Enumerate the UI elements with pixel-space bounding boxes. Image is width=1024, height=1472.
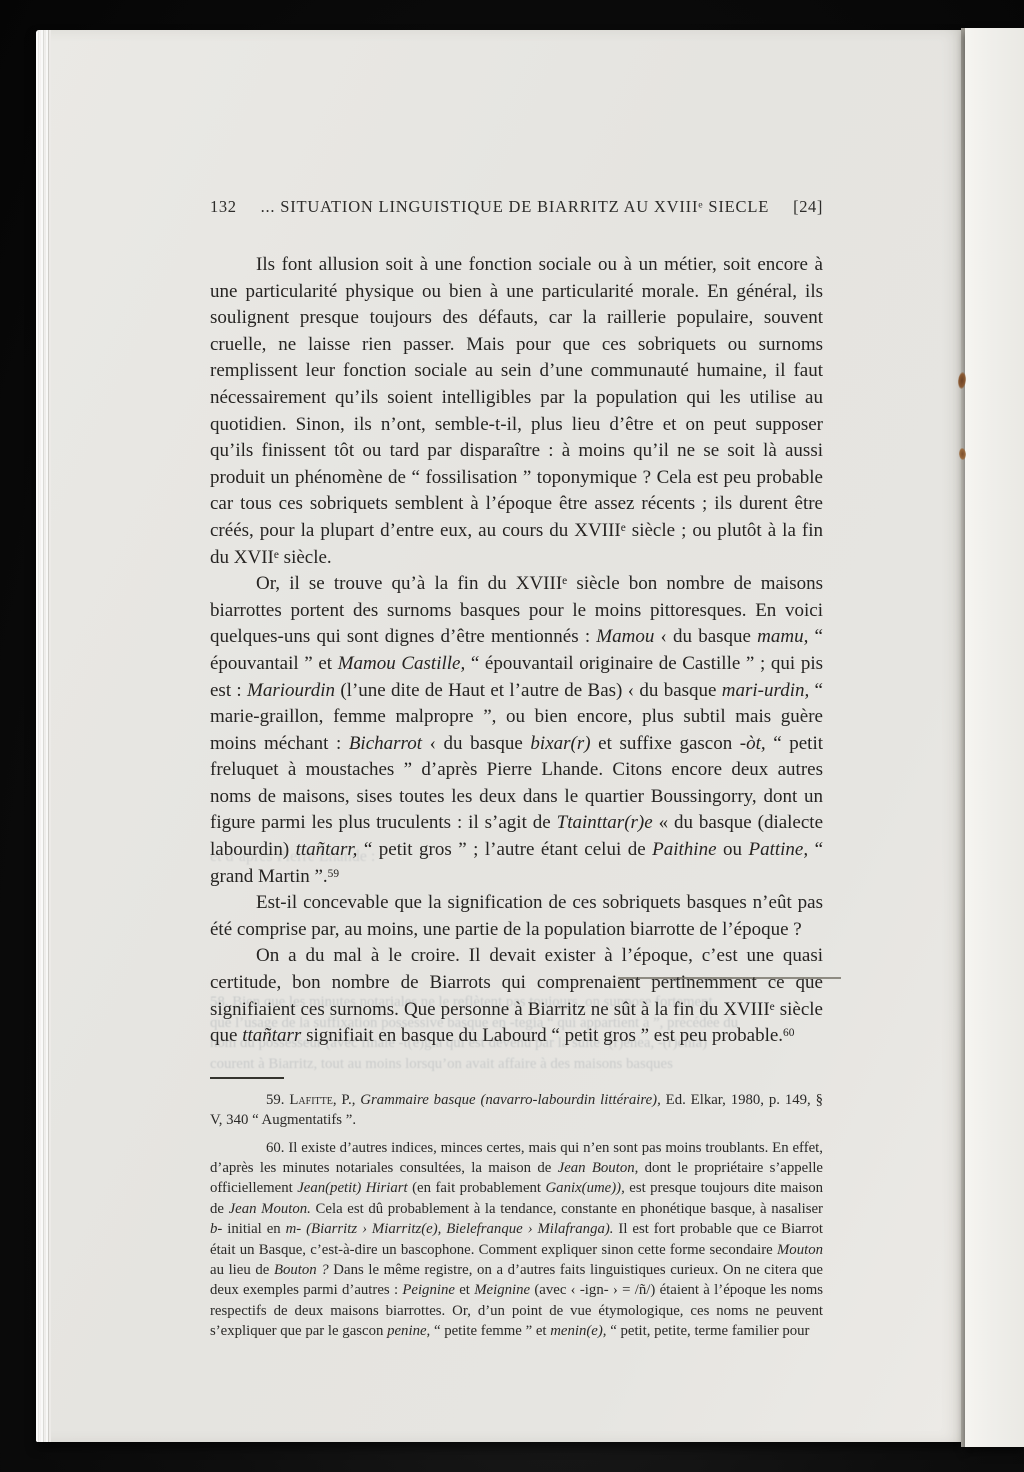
footnotes: 59. Lafitte, P., Grammaire basque (navar… (210, 1090, 823, 1342)
book-page: et d’après Pierre Lhande : 58. Bien que … (36, 30, 963, 1442)
footnote-separator (210, 1077, 284, 1079)
footnote-59: 59. Lafitte, P., Grammaire basque (navar… (210, 1090, 823, 1131)
facing-page-edge (965, 28, 1024, 1447)
page-header: 132 ... SITUATION LINGUISTIQUE DE BIARRI… (210, 197, 823, 217)
page-number: 132 (210, 197, 237, 217)
body-text: Ils font allusion soit à une fonction so… (210, 252, 823, 1050)
body-paragraph: Or, il se trouve qu’à la fin du XVIIIe s… (210, 571, 823, 890)
body-paragraph: On a du mal à le croire. Il devait exist… (210, 943, 823, 1049)
body-paragraph: Est-il concevable que la signification d… (210, 890, 823, 943)
running-title: ... SITUATION LINGUISTIQUE DE BIARRITZ A… (261, 197, 770, 217)
footnote-60: 60. Il existe d’autres indices, minces c… (210, 1138, 823, 1342)
column-reference: [24] (793, 197, 823, 217)
body-paragraph: Ils font allusion soit à une fonction so… (210, 252, 823, 571)
scan-background: et d’après Pierre Lhande : 58. Bien que … (0, 0, 1024, 1472)
